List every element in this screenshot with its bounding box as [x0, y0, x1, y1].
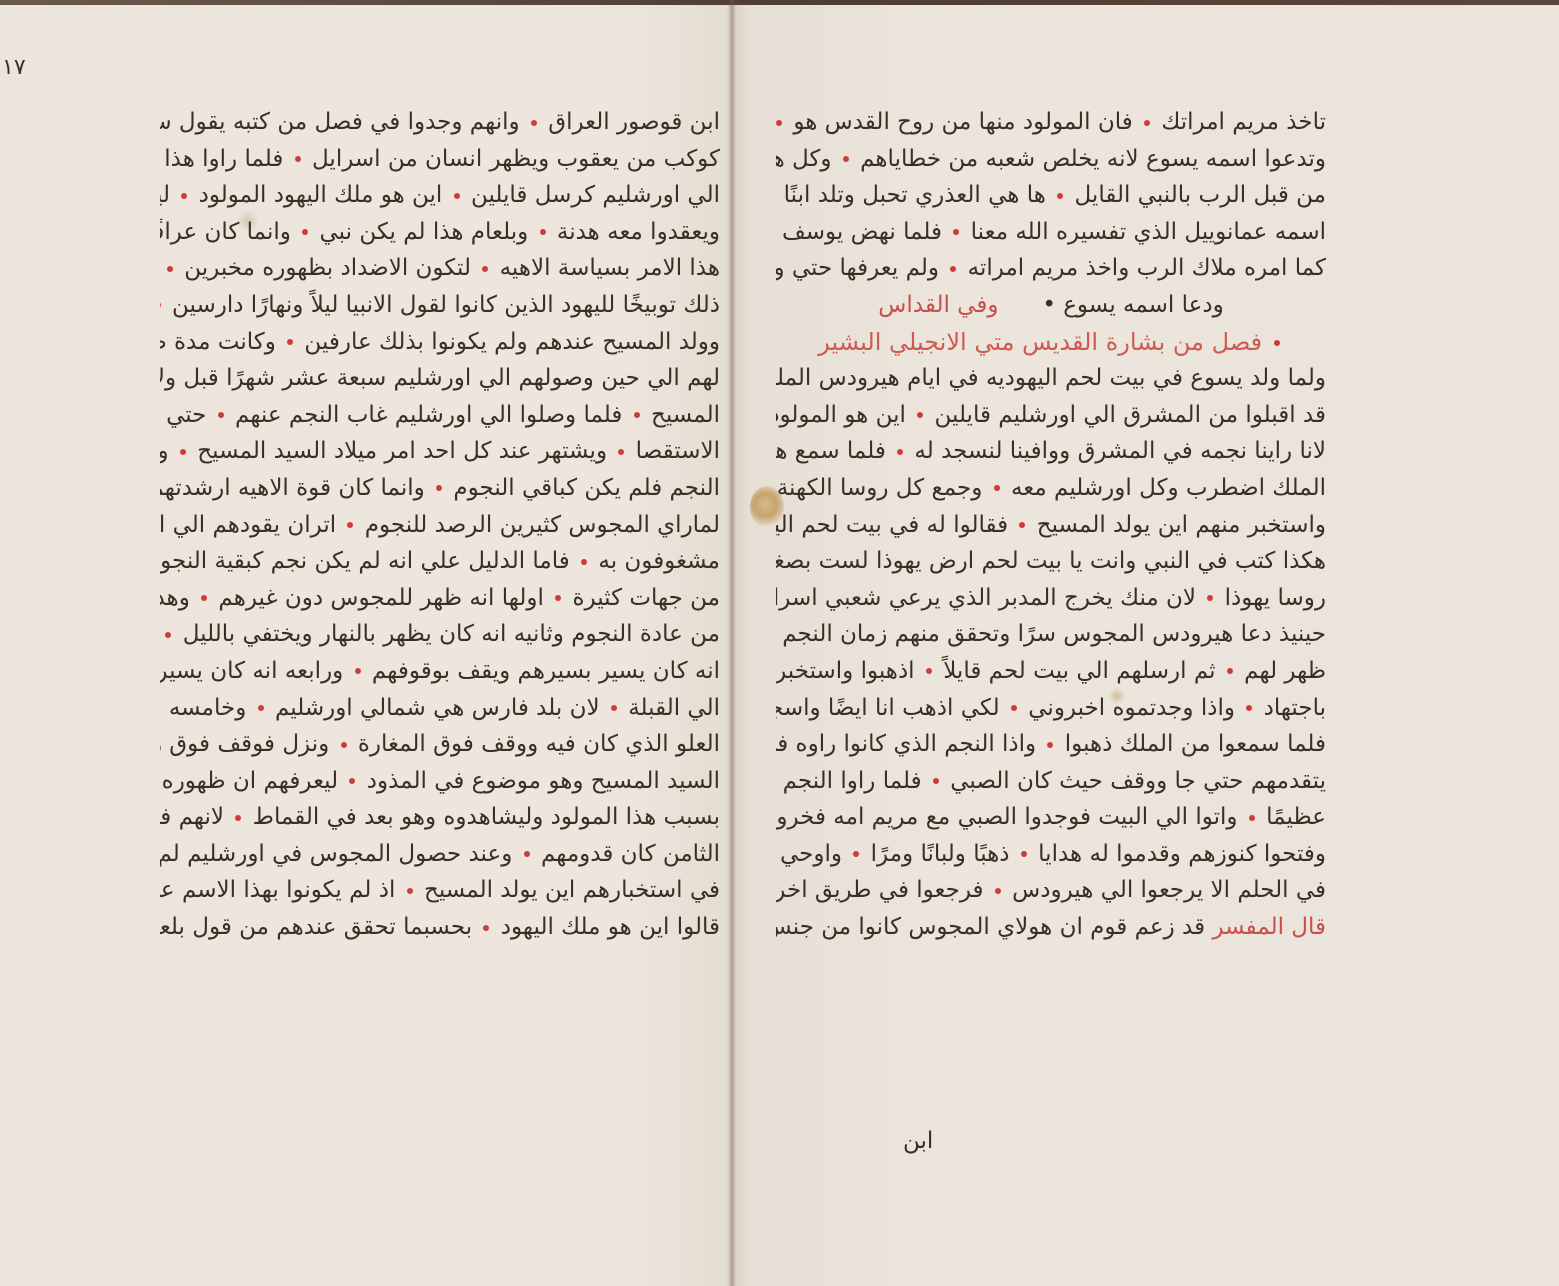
separator-dot-icon [180, 449, 186, 455]
text-line: حينيذ دعا هيرودس المجوس سرًا وتحقق منهم … [776, 616, 1326, 653]
separator-dot-icon [407, 888, 413, 894]
separator-dot-icon [897, 449, 903, 455]
separator-dot-icon [341, 742, 347, 748]
separator-dot-icon [483, 925, 489, 931]
text-line: ظهر لهم ثم ارسلهم الي بيت لحم قايلاً اذه… [776, 653, 1326, 690]
rubric-liturgy: وفي القداس [878, 292, 998, 318]
section-heading-text: فصل من بشارة القديس متي الانجيلي البشير [818, 328, 1262, 356]
separator-dot-icon [1057, 193, 1063, 199]
text-line: وتدعوا اسمه يسوع لانه يخلص شعبه من خطايا… [776, 141, 1326, 178]
text-line: ذلك توبيخًا لليهود الذين كانوا لقول الان… [160, 287, 720, 324]
separator-dot-icon [482, 266, 488, 272]
separator-dot-icon [611, 705, 617, 711]
text-line: لماراي المجوس كثيرين الرصد للنجوم اتران … [160, 507, 720, 544]
text-line: وولد المسيح عندهم ولم يكونوا بذلك عارفين… [160, 324, 720, 361]
separator-dot-icon [1144, 120, 1150, 126]
separator-dot-icon [302, 229, 308, 235]
text-line: من عادة النجوم وثانيه انه كان يظهر بالنه… [160, 616, 720, 653]
text-line: ولما ولد يسوع في بيت لحم اليهوديه في ايا… [776, 360, 1326, 397]
separator-dot-icon [1274, 340, 1280, 346]
text-line: بسبب هذا المولود وليشاهدوه وهو بعد في ال… [160, 799, 720, 836]
text-line: واستخبر منهم اين يولد المسيح فقالوا له ف… [776, 507, 1326, 544]
separator-dot-icon [843, 156, 849, 162]
separator-dot-icon [349, 778, 355, 784]
text-line: ويعقدوا معه هدنة وبلعام هذا لم يكن نبي و… [160, 214, 720, 251]
text-line: النجم فلم يكن كباقي النجوم وانما كان قوة… [160, 470, 720, 507]
manuscript-spread: ١٧ ابن قوصور العراق وانهم وجدوا في فصل م… [0, 0, 1559, 1286]
text-line: لهم الي حين وصولهم الي اورشليم سبعة عشر … [160, 360, 720, 397]
right-page-text-block: تاخذ مريم امراتك فان المولود منها من روح… [776, 104, 1326, 946]
text-line: انه كان يسير بسيرهم ويقف بوقوفهم ورابعه … [160, 653, 720, 690]
separator-dot-icon [165, 632, 171, 638]
text-line: هكذا كتب في النبي وانت يا بيت لحم ارض يه… [776, 543, 1326, 580]
separator-dot-icon [167, 266, 173, 272]
separator-dot-icon [1227, 668, 1233, 674]
text-line: ابن قوصور العراق وانهم وجدوا في فصل من ك… [160, 104, 720, 141]
left-page: ١٧ ابن قوصور العراق وانهم وجدوا في فصل م… [0, 0, 730, 1286]
text-line: يتقدمهم حتي جا ووقف حيث كان الصبي فلما ر… [776, 763, 1326, 800]
separator-dot-icon [994, 485, 1000, 491]
separator-dot-icon [1207, 595, 1213, 601]
separator-dot-icon [634, 412, 640, 418]
separator-dot-icon [258, 705, 264, 711]
separator-dot-icon [454, 193, 460, 199]
text-line: من قبل الرب بالنبي القايل ها هي العذري ت… [776, 177, 1326, 214]
left-page-text-block: ابن قوصور العراق وانهم وجدوا في فصل من ك… [160, 104, 720, 946]
text-line: عظيمًا واتوا الي البيت فوجدوا الصبي مع م… [776, 799, 1326, 836]
text-line: اسمه عمانوييل الذي تفسيره الله معنا فلما… [776, 214, 1326, 251]
text-line: الي القبلة لان بلد فارس هي شمالي اورشليم… [160, 690, 720, 727]
separator-dot-icon [436, 485, 442, 491]
text-line: مشغوفون به فاما الدليل علي انه لم يكن نج… [160, 543, 720, 580]
separator-dot-icon [995, 888, 1001, 894]
separator-dot-icon [218, 412, 224, 418]
text-line: الي اورشليم كرسل قايلين اين هو ملك اليهو… [160, 177, 720, 214]
separator-dot-icon [950, 266, 956, 272]
paper-stain [750, 486, 784, 528]
separator-dot-icon [355, 668, 361, 674]
closing-line: ودعا اسمه يسوع • وفي القداس [776, 287, 1326, 324]
closing-line-text: ودعا اسمه يسوع • [1042, 292, 1223, 318]
separator-dot-icon [1249, 815, 1255, 821]
text-line: لانا راينا نجمه في المشرق ووافينا لنسجد … [776, 433, 1326, 470]
separator-dot-icon [933, 778, 939, 784]
text-line: السيد المسيح وهو موضوع في المذود ليعرفهم… [160, 763, 720, 800]
text-line: قد اقبلوا من المشرق الي اورشليم قايلين ا… [776, 397, 1326, 434]
separator-dot-icon [1021, 851, 1027, 857]
final-line-text: قد زعم قوم ان هولاي المجوس كانوا من جنس … [776, 914, 1205, 940]
separator-dot-icon [1246, 705, 1252, 711]
text-line: في الحلم الا يرجعوا الي هيرودس فرجعوا في… [776, 872, 1326, 909]
text-line: من جهات كثيرة اولها انه ظهر للمجوس دون غ… [160, 580, 720, 617]
text-line: روسا يهوذا لان منك يخرج المدبر الذي يرعي… [776, 580, 1326, 617]
text-line: العلو الذي كان فيه ووقف فوق المغارة ونزل… [160, 726, 720, 763]
separator-dot-icon [201, 595, 207, 601]
separator-dot-icon [853, 851, 859, 857]
separator-dot-icon [235, 815, 241, 821]
separator-dot-icon [555, 595, 561, 601]
text-line: في استخبارهم اين يولد المسيح اذ لم يكونو… [160, 872, 720, 909]
text-line: هذا الامر بسياسة الاهيه لتكون الاضداد بظ… [160, 250, 720, 287]
separator-dot-icon [953, 229, 959, 235]
text-line: الاستقصا ويشتهر عند كل احد امر ميلاد الس… [160, 433, 720, 470]
text-line: وفتحوا كنوزهم وقدموا له هدايا ذهبًا ولبا… [776, 836, 1326, 873]
text-line: تاخذ مريم امراتك فان المولود منها من روح… [776, 104, 1326, 141]
separator-dot-icon [347, 522, 353, 528]
text-line: قالوا اين هو ملك اليهود بحسبما تحقق عنده… [160, 909, 720, 946]
catchword: ابن [903, 1128, 933, 1154]
separator-dot-icon [287, 339, 293, 345]
separator-dot-icon [1011, 705, 1017, 711]
text-line: كوكب من يعقوب ويظهر انسان من اسرايل فلما… [160, 141, 720, 178]
text-line: الثامن كان قدومهم وعند حصول المجوس في او… [160, 836, 720, 873]
separator-dot-icon [540, 229, 546, 235]
separator-dot-icon [1019, 522, 1025, 528]
text-line: الملك اضطرب وكل اورشليم معه وجمع كل روسا… [776, 470, 1326, 507]
section-heading: فصل من بشارة القديس متي الانجيلي البشير [776, 324, 1326, 361]
separator-dot-icon [531, 120, 537, 126]
separator-dot-icon [917, 412, 923, 418]
rubric-commentator: قال المفسر [1212, 914, 1326, 940]
right-page: تاخذ مريم امراتك فان المولود منها من روح… [736, 0, 1559, 1286]
separator-dot-icon [618, 449, 624, 455]
text-line: باجتهاد واذا وجدتموه اخبروني لكي اذهب ان… [776, 690, 1326, 727]
separator-dot-icon [160, 302, 161, 308]
text-line: كما امره ملاك الرب واخذ مريم امراته ولم … [776, 250, 1326, 287]
final-line: قال المفسر قد زعم قوم ان هولاي المجوس كا… [776, 909, 1326, 946]
separator-dot-icon [524, 851, 530, 857]
paper-stain [1108, 688, 1126, 704]
separator-dot-icon [926, 668, 932, 674]
text-line: المسيح فلما وصلوا الي اورشليم غاب النجم … [160, 397, 720, 434]
separator-dot-icon [295, 156, 301, 162]
text-line: فلما سمعوا من الملك ذهبوا واذا النجم الذ… [776, 726, 1326, 763]
separator-dot-icon [181, 193, 187, 199]
separator-dot-icon [776, 120, 782, 126]
separator-dot-icon [581, 559, 587, 565]
folio-number: ١٧ [2, 55, 26, 80]
separator-dot-icon [1047, 742, 1053, 748]
